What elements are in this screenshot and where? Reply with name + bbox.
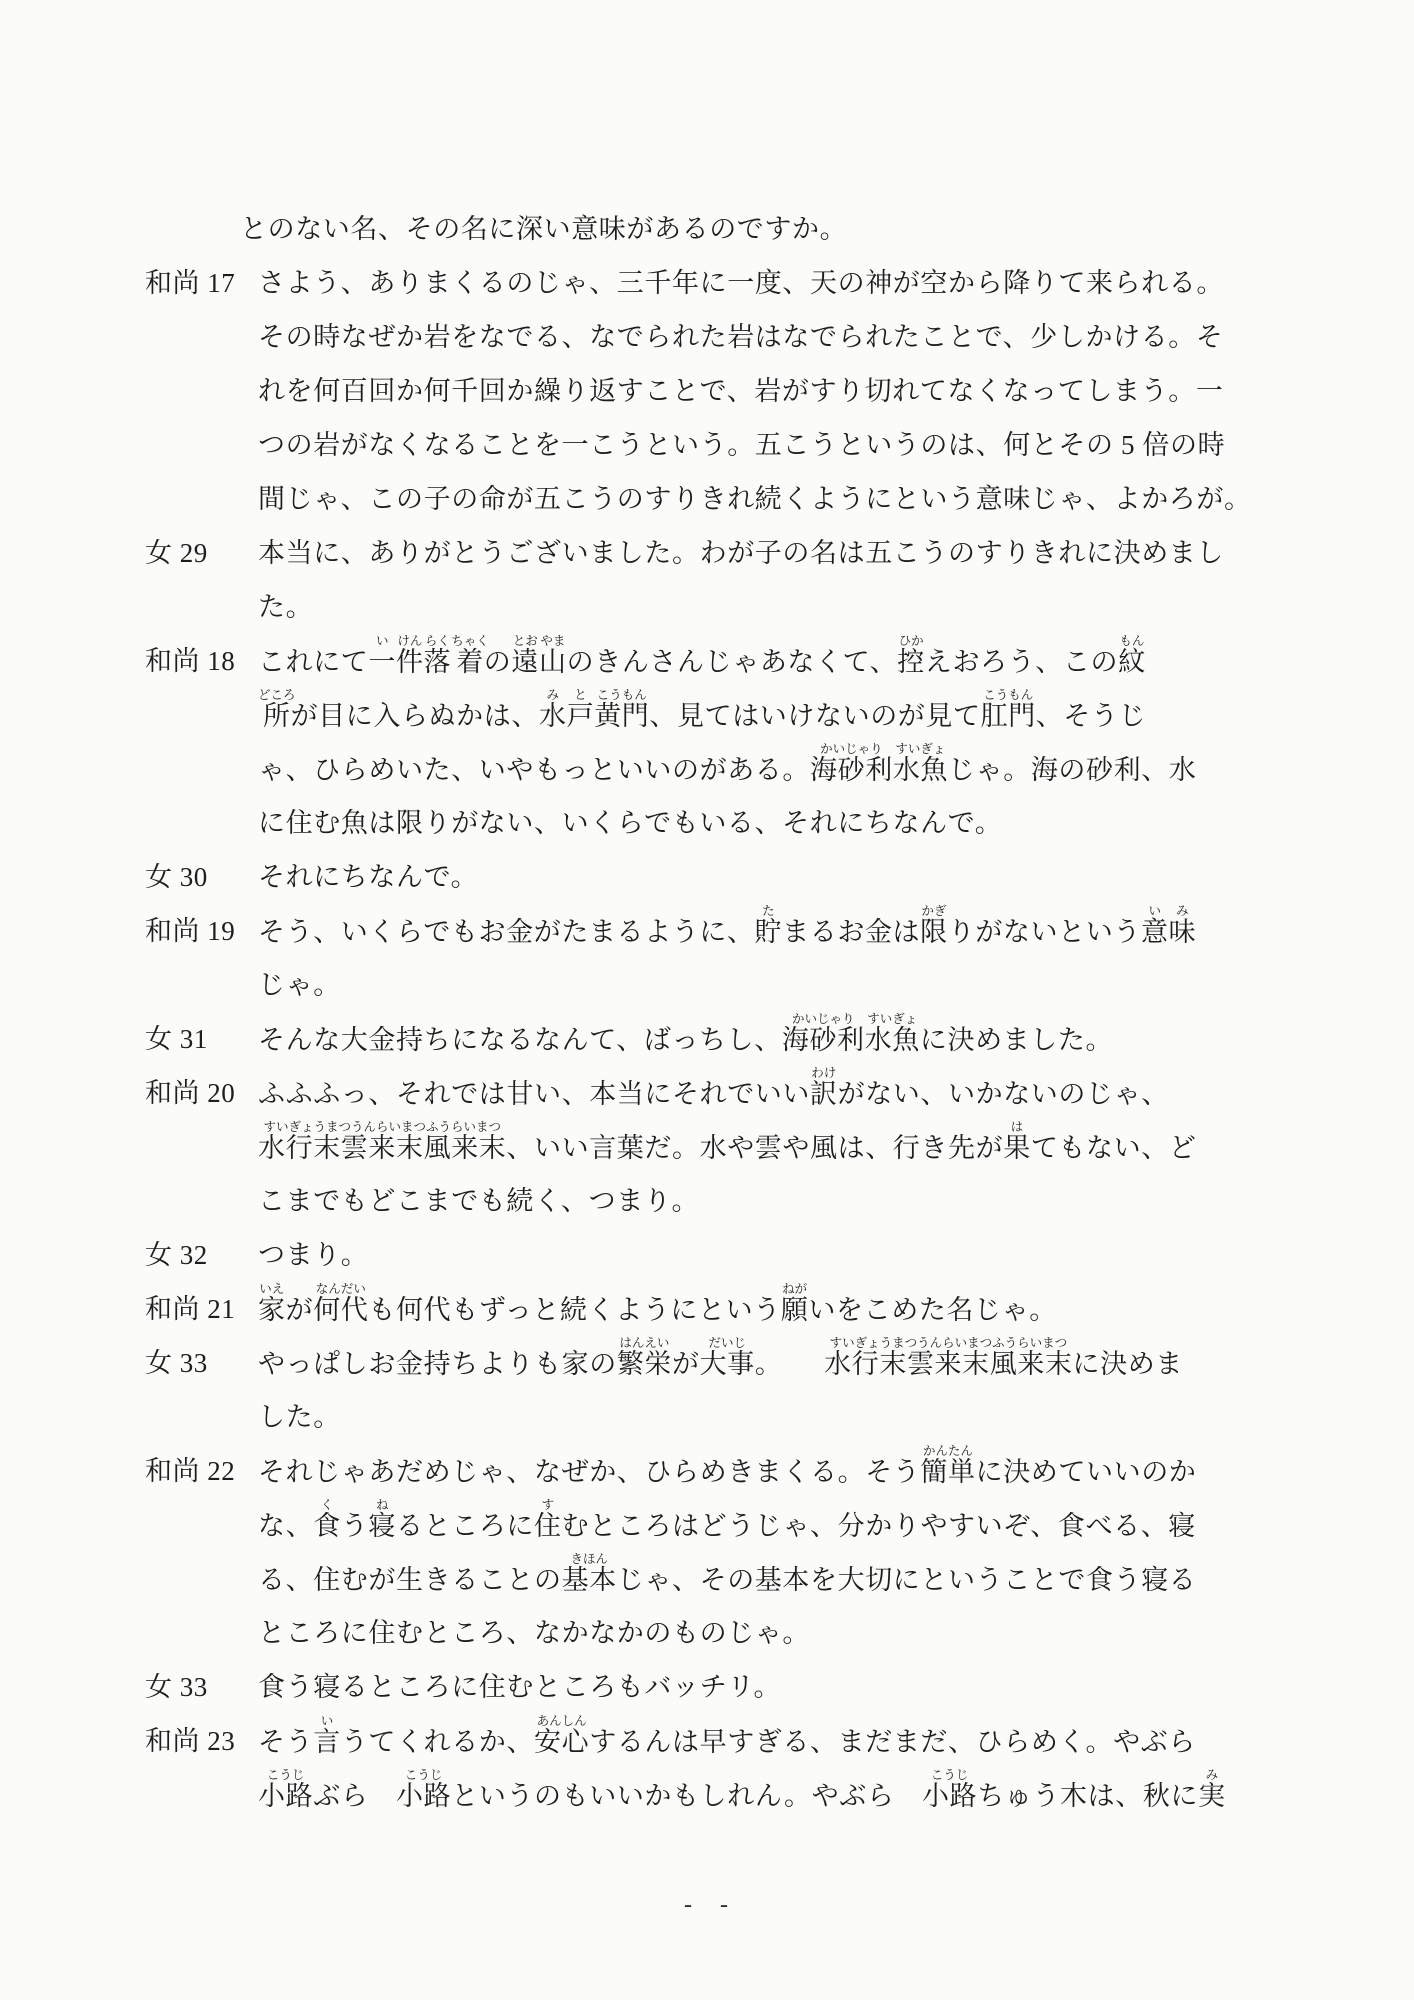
furigana-term: 着ちゃく xyxy=(451,647,484,677)
furigana-term: 水行末雲来末風来末すいぎょうまつうんらいまつふうらいまつ xyxy=(824,1349,1072,1379)
furigana-term: 味み xyxy=(1169,917,1197,947)
dialogue-line: に住む魚は限りがない、いくらでもいる、それにちなんで。 xyxy=(258,796,1318,850)
dialogue-block: 和尚 17さよう、ありまくるのじゃ、三千年に一度、天の神が空から降りて来られる。… xyxy=(0,256,1414,526)
dialogue-block: 女 33食う寝るところに住むところもバッチリ。 xyxy=(0,1660,1414,1714)
furigana-term: 水み xyxy=(539,701,567,731)
dialogue-line: 家いえが何代なんだいも何代もずっと続くようにという願ねがいをこめた名じゃ。 xyxy=(258,1282,1318,1336)
dialogue-line: 所どころが目に入らぬかは、水み戸と黄門こうもん、見てはいけないのが見て肛門こうも… xyxy=(258,688,1318,742)
furigana-term: 食く xyxy=(313,1511,341,1541)
dialogue-block: 和尚 18これにて一い件けん落らく着ちゃくの遠とお山やまのきんさんじゃあなくて、… xyxy=(0,634,1414,850)
furigana-term: 基本きほん xyxy=(562,1565,617,1595)
furigana-term: 戸と xyxy=(567,701,595,731)
furigana-term: 何代なんだい xyxy=(313,1295,368,1325)
speaker-label: 和尚 22 xyxy=(145,1444,258,1660)
furigana-term: 実み xyxy=(1198,1781,1226,1811)
furigana-term: 海砂利かいじゃり xyxy=(810,755,893,785)
furigana-term: 小路こうじ xyxy=(396,1781,451,1811)
speaker-label: 女 29 xyxy=(145,526,258,634)
furigana-term: 寝ね xyxy=(368,1511,396,1541)
dialogue-block: 女 30それにちなんで。 xyxy=(0,850,1414,904)
furigana-term: 小路こうじ xyxy=(922,1781,977,1811)
furigana-term: 家いえ xyxy=(258,1295,286,1325)
furigana-term: 願ねが xyxy=(781,1295,809,1325)
furigana-term: 水魚すいぎょ xyxy=(893,755,948,785)
dialogue-block: 和尚 22それじゃあだめじゃ、なぜか、ひらめきまくる。そう簡単かんたんに決めてい… xyxy=(0,1444,1414,1660)
speech-text: そう言いうてくれるか、安心あんしんするんは早すぎる、まだまだ、ひらめく。やぶら小… xyxy=(258,1714,1318,1822)
furigana-term: 所どころ xyxy=(258,701,291,731)
dialogue-line: その時なぜか岩をなでる、なでられた岩はなでられたことで、少しかける。そ xyxy=(258,310,1318,364)
furigana-term: 安心あんしん xyxy=(534,1727,589,1757)
furigana-term: 住す xyxy=(534,1511,562,1541)
dialogue-line: さよう、ありまくるのじゃ、三千年に一度、天の神が空から降りて来られる。 xyxy=(258,256,1318,310)
speech-text: 本当に、ありがとうございました。わが子の名は五こうのすりきれに決めました。 xyxy=(258,526,1318,634)
dialogue-block: 女 29本当に、ありがとうございました。わが子の名は五こうのすりきれに決めました… xyxy=(0,526,1414,634)
dialogue-line: た。 xyxy=(258,580,1318,634)
dialogue-line: 食う寝るところに住むところもバッチリ。 xyxy=(258,1660,1318,1714)
speaker-label: 女 32 xyxy=(145,1228,258,1282)
speech-text: そう、いくらでもお金がたまるように、貯たまるお金は限かぎりがないという意い味みじ… xyxy=(258,904,1318,1012)
dialogue-block: とのない名、その名に深い意味があるのですか。 xyxy=(0,202,1414,256)
dialogue-block: 和尚 19そう、いくらでもお金がたまるように、貯たまるお金は限かぎりがないという… xyxy=(0,904,1414,1012)
speaker-label: 和尚 17 xyxy=(145,256,258,526)
dialogue-block: 女 33やっぱしお金持ちよりも家の繁栄はんえいが大事だいじ。 水行末雲来末風来末… xyxy=(0,1336,1414,1444)
dialogue-line: る、住むが生きることの基本きほんじゃ、その基本を大切にということで食う寝る xyxy=(258,1552,1318,1606)
speaker-label: 女 33 xyxy=(145,1336,258,1444)
page-number: - - xyxy=(0,1884,1414,1919)
speaker-label: 和尚 21 xyxy=(145,1282,258,1336)
furigana-term: 遠とお xyxy=(511,647,539,677)
speaker-label: 女 31 xyxy=(145,1012,258,1066)
furigana-term: 大事だいじ xyxy=(700,1349,755,1379)
dialogue-line: こまでもどこまでも続く、つまり。 xyxy=(258,1174,1318,1228)
dialogue-line: ところに住むところ、なかなかのものじゃ。 xyxy=(258,1606,1318,1660)
dialogue-line: ふふふっ、それでは甘い、本当にそれでいい訳わけがない、いかないのじゃ、 xyxy=(258,1066,1318,1120)
furigana-term: 簡単かんたん xyxy=(920,1457,975,1487)
furigana-term: 意い xyxy=(1141,917,1169,947)
dialogue-line: そんな大金持ちになるなんて、ばっちし、海砂利かいじゃり水魚すいぎょに決めました。 xyxy=(258,1012,1318,1066)
speaker-label: 和尚 18 xyxy=(145,634,258,850)
dialogue-line: ゃ、ひらめいた、いやもっといいのがある。海砂利かいじゃり水魚すいぎょじゃ。海の砂… xyxy=(258,742,1318,796)
dialogue-line: れを何百回か何千回か繰り返すことで、岩がすり切れてなくなってしまう。一 xyxy=(258,364,1318,418)
furigana-term: 一い xyxy=(368,647,396,677)
furigana-term: 繁栄はんえい xyxy=(617,1349,672,1379)
speaker-label: 和尚 19 xyxy=(145,904,258,1012)
speech-text: さよう、ありまくるのじゃ、三千年に一度、天の神が空から降りて来られる。その時なぜ… xyxy=(258,256,1318,526)
dialogue-line: じゃ。 xyxy=(258,958,1318,1012)
furigana-term: 控ひか xyxy=(897,647,925,677)
dialogue-line: それにちなんで。 xyxy=(258,850,1318,904)
furigana-term: 海砂利かいじゃり xyxy=(782,1025,865,1055)
speech-text: それじゃあだめじゃ、なぜか、ひらめきまくる。そう簡単かんたんに決めていいのかな、… xyxy=(258,1444,1318,1660)
furigana-term: 果は xyxy=(1003,1133,1031,1163)
dialogue-line: これにて一い件けん落らく着ちゃくの遠とお山やまのきんさんじゃあなくて、控ひかえお… xyxy=(258,634,1318,688)
speech-text: つまり。 xyxy=(258,1228,1318,1282)
dialogue-line: つの岩がなくなることを一こうという。五こうというのは、何とその 5 倍の時 xyxy=(258,418,1318,472)
speech-text: それにちなんで。 xyxy=(258,850,1318,904)
speaker-label: 女 30 xyxy=(145,850,258,904)
dialogue: とのない名、その名に深い意味があるのですか。和尚 17さよう、ありまくるのじゃ、… xyxy=(0,202,1414,1822)
dialogue-block: 和尚 20ふふふっ、それでは甘い、本当にそれでいい訳わけがない、いかないのじゃ、… xyxy=(0,1066,1414,1228)
speech-text: ふふふっ、それでは甘い、本当にそれでいい訳わけがない、いかないのじゃ、水行末雲来… xyxy=(258,1066,1318,1228)
dialogue-line: な、食くう寝ねるところに住すむところはどうじゃ、分かりやすいぞ、食べる、寝 xyxy=(258,1498,1318,1552)
furigana-term: 言い xyxy=(313,1727,341,1757)
furigana-term: 訳わけ xyxy=(810,1079,838,1109)
dialogue-block: 女 31そんな大金持ちになるなんて、ばっちし、海砂利かいじゃり水魚すいぎょに決め… xyxy=(0,1012,1414,1066)
furigana-term: 限かぎ xyxy=(920,917,948,947)
furigana-term: 小路こうじ xyxy=(258,1781,313,1811)
speaker-label: 和尚 23 xyxy=(145,1714,258,1822)
dialogue-line: 間じゃ、この子の命が五こうのすりきれ続くようにという意味じゃ、よかろが。 xyxy=(258,472,1318,526)
dialogue-line: そう言いうてくれるか、安心あんしんするんは早すぎる、まだまだ、ひらめく。やぶら xyxy=(258,1714,1318,1768)
speaker-label: 女 33 xyxy=(145,1660,258,1714)
speech-text: これにて一い件けん落らく着ちゃくの遠とお山やまのきんさんじゃあなくて、控ひかえお… xyxy=(258,634,1318,850)
furigana-term: 山やま xyxy=(539,647,567,677)
speech-text: 家いえが何代なんだいも何代もずっと続くようにという願ねがいをこめた名じゃ。 xyxy=(258,1282,1318,1336)
dialogue-line: そう、いくらでもお金がたまるように、貯たまるお金は限かぎりがないという意い味み xyxy=(258,904,1318,958)
furigana-term: 水行末雲来末風来末すいぎょうまつうんらいまつふうらいまつ xyxy=(258,1133,506,1163)
speech-text: そんな大金持ちになるなんて、ばっちし、海砂利かいじゃり水魚すいぎょに決めました。 xyxy=(258,1012,1318,1066)
speaker-label: 和尚 20 xyxy=(145,1066,258,1228)
dialogue-block: 和尚 23そう言いうてくれるか、安心あんしんするんは早すぎる、まだまだ、ひらめく… xyxy=(0,1714,1414,1822)
furigana-term: 落らく xyxy=(424,647,452,677)
dialogue-line: 本当に、ありがとうございました。わが子の名は五こうのすりきれに決めまし xyxy=(258,526,1318,580)
dialogue-line: それじゃあだめじゃ、なぜか、ひらめきまくる。そう簡単かんたんに決めていいのか xyxy=(258,1444,1318,1498)
furigana-term: 肛門こうもん xyxy=(981,701,1036,731)
furigana-term: 水魚すいぎょ xyxy=(865,1025,920,1055)
speech-text: とのない名、その名に深い意味があるのですか。 xyxy=(258,202,1318,256)
dialogue-block: 女 32つまり。 xyxy=(0,1228,1414,1282)
dialogue-line: した。 xyxy=(258,1390,1318,1444)
dialogue-block: 和尚 21家いえが何代なんだいも何代もずっと続くようにという願ねがいをこめた名じ… xyxy=(0,1282,1414,1336)
document-page: とのない名、その名に深い意味があるのですか。和尚 17さよう、ありまくるのじゃ、… xyxy=(0,0,1414,2000)
speech-text: 食う寝るところに住むところもバッチリ。 xyxy=(258,1660,1318,1714)
furigana-term: 貯た xyxy=(755,917,783,947)
dialogue-line: やっぱしお金持ちよりも家の繁栄はんえいが大事だいじ。 水行末雲来末風来末すいぎょ… xyxy=(258,1336,1318,1390)
dialogue-line: つまり。 xyxy=(258,1228,1318,1282)
speech-text: やっぱしお金持ちよりも家の繁栄はんえいが大事だいじ。 水行末雲来末風来末すいぎょ… xyxy=(258,1336,1318,1444)
furigana-term: 件けん xyxy=(396,647,424,677)
furigana-term: 黄門こうもん xyxy=(594,701,649,731)
dialogue-line: とのない名、その名に深い意味があるのですか。 xyxy=(240,202,1318,256)
dialogue-line: 小路こうじぶら 小路こうじというのもいいかもしれん。やぶら 小路こうじちゅう木は… xyxy=(258,1768,1318,1822)
furigana-term: 紋もん xyxy=(1118,647,1146,677)
dialogue-line: 水行末雲来末風来末すいぎょうまつうんらいまつふうらいまつ、いい言葉だ。水や雲や風… xyxy=(258,1120,1318,1174)
